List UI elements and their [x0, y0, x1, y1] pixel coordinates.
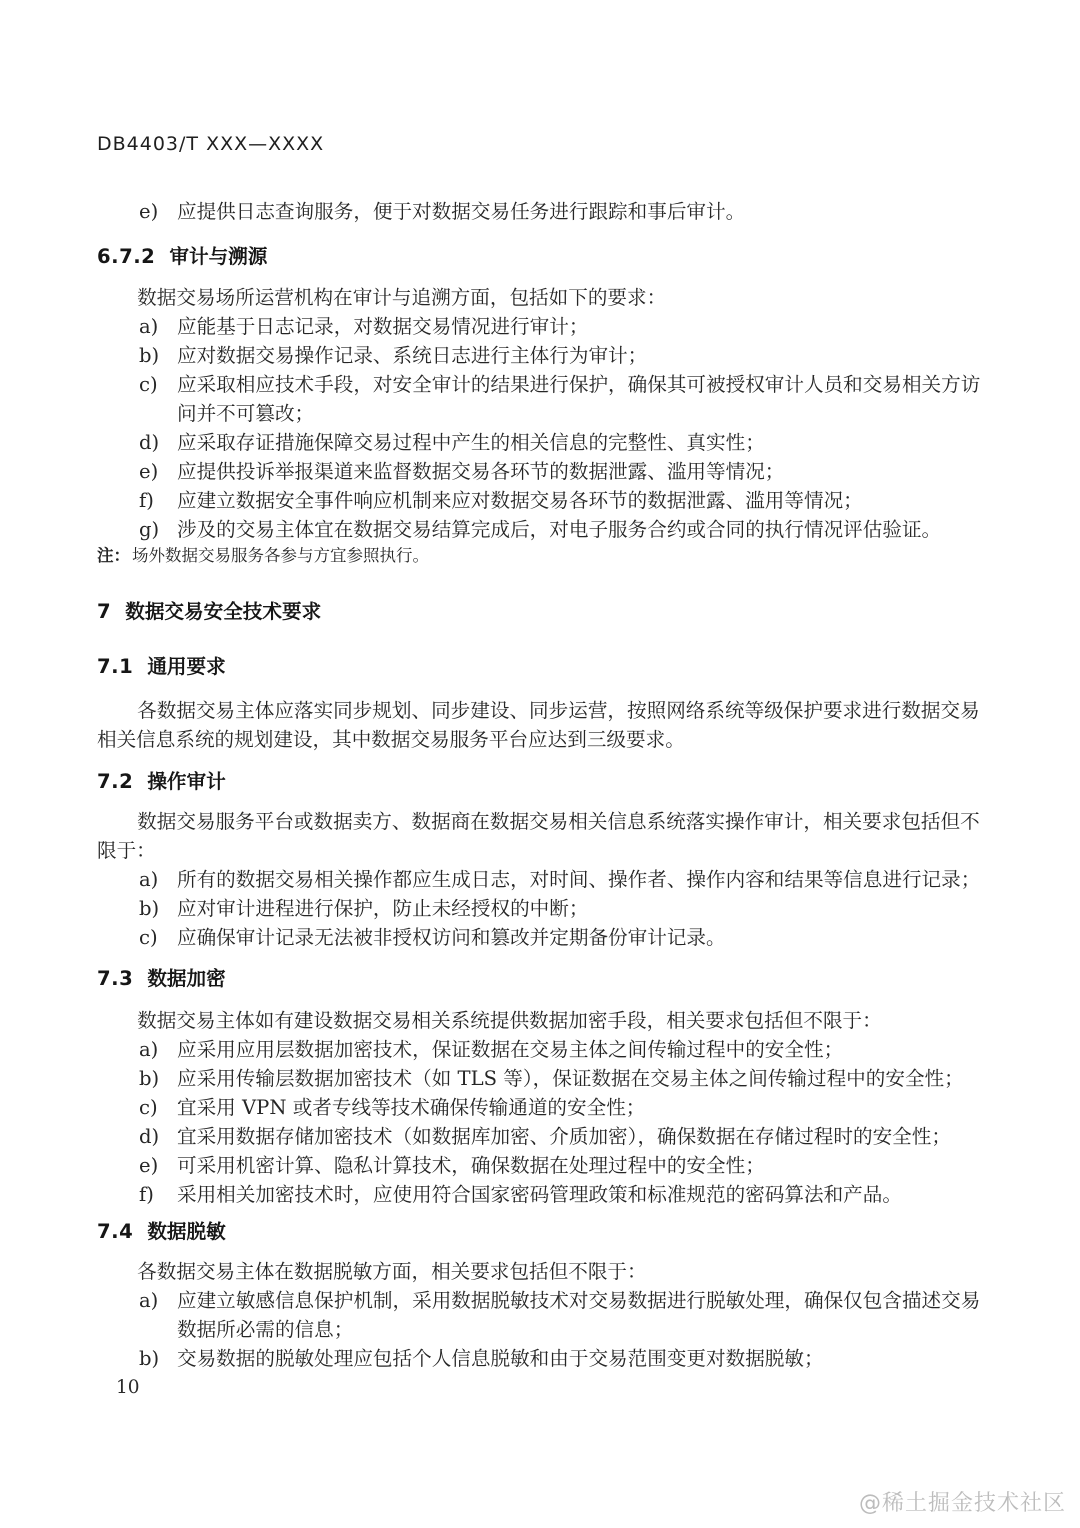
- list-item-text: 交易数据的脱敏处理应包括个人信息脱敏和由于交易范围变更对数据脱敏；: [177, 1344, 983, 1373]
- section-number: 6.7.2: [97, 242, 155, 271]
- list-item-text: 应提供投诉举报渠道来监督数据交易各环节的数据泄露、滥用等情况；: [177, 457, 983, 486]
- note-label: 注：: [97, 544, 130, 568]
- list-item-letter: b): [139, 1064, 177, 1093]
- section-heading-71: 7.1 通用要求: [97, 652, 983, 681]
- list-item-text: 应采取相应技术手段，对安全审计的结果进行保护，确保其可被授权审计人员和交易相关方…: [177, 370, 983, 428]
- list-item-text: 宜采用 VPN 或者专线等技术确保传输通道的安全性；: [177, 1093, 983, 1122]
- list-item-letter: b): [139, 1344, 177, 1373]
- list-item-letter: e): [139, 457, 177, 486]
- section-number: 7.1: [97, 652, 133, 681]
- section-number: 7.4: [97, 1217, 133, 1246]
- list-item-letter: c): [139, 1093, 177, 1122]
- list-item-letter: e): [139, 1151, 177, 1180]
- list-item-letter: d): [139, 428, 177, 457]
- list-item-text: 应建立数据安全事件响应机制来应对数据交易各环节的数据泄露、滥用等情况；: [177, 486, 983, 515]
- lead-paragraph: 数据交易服务平台或数据卖方、数据商在数据交易相关信息系统落实操作审计，相关要求包…: [97, 807, 983, 865]
- note-line: 注： 场外数据交易服务各参与方宜参照执行。: [97, 544, 983, 568]
- list-item-text: 采用相关加密技术时，应使用符合国家密码管理政策和标准规范的密码算法和产品。: [177, 1180, 983, 1209]
- list-item: d) 宜采用数据存储加密技术（如数据库加密、介质加密），确保数据在存储过程时的安…: [97, 1122, 983, 1151]
- page-number: 10: [116, 1377, 140, 1398]
- list-item-letter: a): [139, 1286, 177, 1344]
- list-item: e) 应提供日志查询服务，便于对数据交易任务进行跟踪和事后审计。: [97, 197, 983, 226]
- list-item: b) 应对数据交易操作记录、系统日志进行主体行为审计；: [97, 341, 983, 370]
- list-item-text: 应提供日志查询服务，便于对数据交易任务进行跟踪和事后审计。: [177, 197, 983, 226]
- section-title: 数据脱敏: [147, 1217, 225, 1246]
- list-item: b) 应对审计进程进行保护，防止未经授权的中断；: [97, 894, 983, 923]
- list-item-letter: e): [139, 197, 177, 226]
- list-item-text: 涉及的交易主体宜在数据交易结算完成后，对电子服务合约或合同的执行情况评估验证。: [177, 515, 983, 544]
- list-item: f) 采用相关加密技术时，应使用符合国家密码管理政策和标准规范的密码算法和产品。: [97, 1180, 983, 1209]
- list-item: g) 涉及的交易主体宜在数据交易结算完成后，对电子服务合约或合同的执行情况评估验…: [97, 515, 983, 544]
- list-item-text: 宜采用数据存储加密技术（如数据库加密、介质加密），确保数据在存储过程时的安全性；: [177, 1122, 983, 1151]
- list-item-text: 可采用机密计算、隐私计算技术，确保数据在处理过程中的安全性；: [177, 1151, 983, 1180]
- list-item: e) 可采用机密计算、隐私计算技术，确保数据在处理过程中的安全性；: [97, 1151, 983, 1180]
- list-item: b) 应采用传输层数据加密技术（如 TLS 等），保证数据在交易主体之间传输过程…: [97, 1064, 983, 1093]
- list-item-text: 应采取存证措施保障交易过程中产生的相关信息的完整性、真实性；: [177, 428, 983, 457]
- list-item-letter: c): [139, 923, 177, 952]
- section-heading-73: 7.3 数据加密: [97, 964, 983, 993]
- list-item: a) 应采用应用层数据加密技术，保证数据在交易主体之间传输过程中的安全性；: [97, 1035, 983, 1064]
- section-title: 操作审计: [147, 767, 225, 796]
- list-item: a) 应建立敏感信息保护机制，采用数据脱敏技术对交易数据进行脱敏处理，确保仅包含…: [97, 1286, 983, 1344]
- list-item-text: 应确保审计记录无法被非授权访问和篡改并定期备份审计记录。: [177, 923, 983, 952]
- list-item: a) 所有的数据交易相关操作都应生成日志，对时间、操作者、操作内容和结果等信息进…: [97, 865, 983, 894]
- list-item: d) 应采取存证措施保障交易过程中产生的相关信息的完整性、真实性；: [97, 428, 983, 457]
- list-item-text: 应对审计进程进行保护，防止未经授权的中断；: [177, 894, 983, 923]
- list-item-text: 应采用应用层数据加密技术，保证数据在交易主体之间传输过程中的安全性；: [177, 1035, 983, 1064]
- chapter-number: 7: [97, 597, 111, 626]
- watermark: @稀土掘金技术社区: [859, 1486, 1066, 1517]
- section-title: 审计与溯源: [169, 242, 267, 271]
- list-item-text: 所有的数据交易相关操作都应生成日志，对时间、操作者、操作内容和结果等信息进行记录…: [177, 865, 983, 894]
- section-title: 通用要求: [147, 652, 225, 681]
- list-item-letter: g): [139, 515, 177, 544]
- list-item: a) 应能基于日志记录，对数据交易情况进行审计；: [97, 312, 983, 341]
- list-item-text: 应对数据交易操作记录、系统日志进行主体行为审计；: [177, 341, 983, 370]
- list-item: b) 交易数据的脱敏处理应包括个人信息脱敏和由于交易范围变更对数据脱敏；: [97, 1344, 983, 1373]
- list-item-text: 应采用传输层数据加密技术（如 TLS 等），保证数据在交易主体之间传输过程中的安…: [177, 1064, 983, 1093]
- list-item-letter: a): [139, 312, 177, 341]
- page-content: e) 应提供日志查询服务，便于对数据交易任务进行跟踪和事后审计。 6.7.2 审…: [97, 197, 983, 1373]
- chapter-heading-7: 7 数据交易安全技术要求: [97, 597, 983, 626]
- body-paragraph: 各数据交易主体应落实同步规划、同步建设、同步运营，按照网络系统等级保护要求进行数…: [97, 696, 983, 754]
- section-number: 7.3: [97, 964, 133, 993]
- list-item-text: 应建立敏感信息保护机制，采用数据脱敏技术对交易数据进行脱敏处理，确保仅包含描述交…: [177, 1286, 983, 1344]
- list-item-letter: d): [139, 1122, 177, 1151]
- note-text: 场外数据交易服务各参与方宜参照执行。: [132, 544, 429, 568]
- list-item: c) 宜采用 VPN 或者专线等技术确保传输通道的安全性；: [97, 1093, 983, 1122]
- list-item-letter: a): [139, 1035, 177, 1064]
- doc-code-header: DB4403/T XXX—XXXX: [97, 133, 324, 155]
- list-item: c) 应采取相应技术手段，对安全审计的结果进行保护，确保其可被授权审计人员和交易…: [97, 370, 983, 428]
- list-item: e) 应提供投诉举报渠道来监督数据交易各环节的数据泄露、滥用等情况；: [97, 457, 983, 486]
- lead-paragraph: 数据交易主体如有建设数据交易相关系统提供数据加密手段，相关要求包括但不限于：: [97, 1006, 983, 1035]
- chapter-title: 数据交易安全技术要求: [125, 597, 321, 626]
- lead-paragraph: 各数据交易主体在数据脱敏方面，相关要求包括但不限于：: [97, 1257, 983, 1286]
- lead-paragraph: 数据交易场所运营机构在审计与追溯方面，包括如下的要求：: [97, 283, 983, 312]
- section-number: 7.2: [97, 767, 133, 796]
- document-page: DB4403/T XXX—XXXX e) 应提供日志查询服务，便于对数据交易任务…: [0, 0, 1080, 1528]
- section-heading-74: 7.4 数据脱敏: [97, 1217, 983, 1246]
- list-item: c) 应确保审计记录无法被非授权访问和篡改并定期备份审计记录。: [97, 923, 983, 952]
- list-item-text: 应能基于日志记录，对数据交易情况进行审计；: [177, 312, 983, 341]
- list-item: f) 应建立数据安全事件响应机制来应对数据交易各环节的数据泄露、滥用等情况；: [97, 486, 983, 515]
- list-item-letter: c): [139, 370, 177, 428]
- list-item-letter: b): [139, 894, 177, 923]
- list-item-letter: f): [139, 1180, 177, 1209]
- section-title: 数据加密: [147, 964, 225, 993]
- section-heading-672: 6.7.2 审计与溯源: [97, 242, 983, 271]
- list-item-letter: f): [139, 486, 177, 515]
- list-item-letter: a): [139, 865, 177, 894]
- list-item-letter: b): [139, 341, 177, 370]
- section-heading-72: 7.2 操作审计: [97, 767, 983, 796]
